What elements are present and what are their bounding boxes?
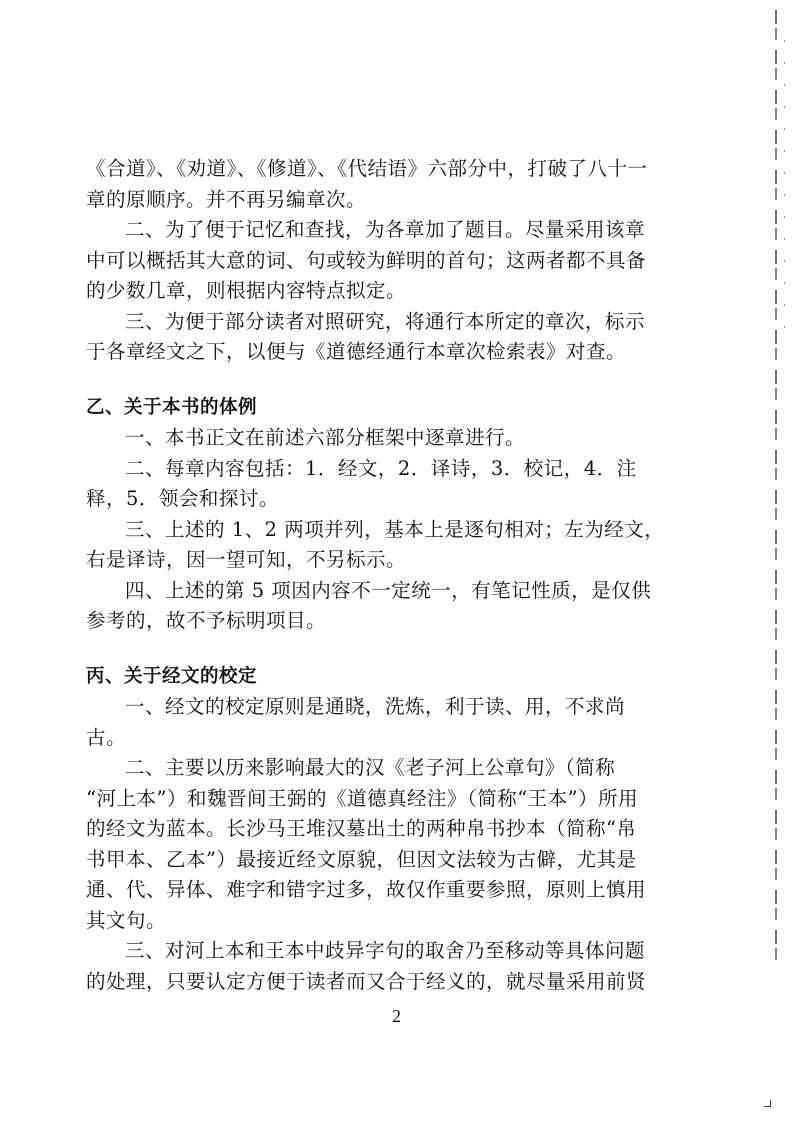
text-line: 二、为了便于记忆和查找，为各章加了题目。尽量采用该章 [86, 215, 688, 246]
text-line: 三、对河上本和王本中歧异字句的取舍乃至移动等具体问题 [86, 936, 688, 967]
paragraph: 三、为便于部分读者对照研究，将通行本所定的章次，标示 于各章经文之下，以便与《道… [86, 307, 688, 368]
paragraph: 三、上述的 1、2 两项并列，基本上是逐句相对；左为经文， 右是译诗，因一望可知… [86, 515, 688, 576]
text-line: 右是译诗，因一望可知，不另标示。 [86, 545, 688, 576]
text-line: 一、经文的校定原则是通晓，洗炼，利于读、用，不求尚 [86, 692, 688, 723]
text-line: 三、上述的 1、2 两项并列，基本上是逐句相对；左为经文， [86, 515, 688, 546]
paragraph: 四、上述的第 5 项因内容不一定统一，有笔记性质，是仅供 参考的，故不予标明项目… [86, 576, 688, 637]
paragraph: 二、为了便于记忆和查找，为各章加了题目。尽量采用该章 中可以概括其大意的词、句或… [86, 215, 688, 307]
section-heading: 乙、关于本书的体例 [86, 393, 688, 424]
text-line: 古。 [86, 723, 688, 754]
text-line: 的经文为蓝本。长沙马王堆汉墓出土的两种帛书抄本（简称“帛 [86, 814, 688, 845]
text-line: 于各章经文之下，以便与《道德经通行本章次检索表》对查。 [86, 337, 688, 368]
paragraph: 《合道》、《劝道》、《修道》、《代结语》六部分中，打破了八十一 章的原顺序。并不… [86, 154, 688, 215]
paragraph: 二、每章内容包括：1．经文，2．译诗，3．校记，4．注 释，5．领会和探讨。 [86, 454, 688, 515]
text-line: 四、上述的第 5 项因内容不一定统一，有笔记性质，是仅供 [86, 576, 688, 607]
scan-edge-artifact [784, 40, 785, 340]
text-line: 中可以概括其大意的词、句或较为鲜明的首句；这两者都不具备 [86, 246, 688, 277]
text-line: 的处理，只要认定方便于读者而又合于经义的，就尽量采用前贤 [86, 967, 688, 998]
body-text: 《合道》、《劝道》、《修道》、《代结语》六部分中，打破了八十一 章的原顺序。并不… [86, 154, 688, 997]
text-line: 一、本书正文在前述六部分框架中逐章进行。 [86, 423, 688, 454]
paragraph: 三、对河上本和王本中歧异字句的取舍乃至移动等具体问题 的处理，只要认定方便于读者… [86, 936, 688, 997]
paragraph: 二、主要以历来影响最大的汉《老子河上公章句》（简称 “河上本”）和魏晋间王弼的《… [86, 753, 688, 936]
text-line: 二、每章内容包括：1．经文，2．译诗，3．校记，4．注 [86, 454, 688, 485]
text-line: 书甲本、乙本”）最接近经文原貌，但因文法较为古僻，尤其是 [86, 845, 688, 876]
text-line: 释，5．领会和探讨。 [86, 484, 688, 515]
text-line: 参考的，故不予标明项目。 [86, 606, 688, 637]
section-heading: 丙、关于经文的校定 [86, 662, 688, 693]
text-line: “河上本”）和魏晋间王弼的《道德真经注》（简称“王本”）所用 [86, 784, 688, 815]
text-line: 章的原顺序。并不再另编章次。 [86, 185, 688, 216]
scan-corner-mark [764, 1100, 771, 1107]
text-line: 《合道》、《劝道》、《修道》、《代结语》六部分中，打破了八十一 [86, 154, 688, 185]
text-line: 的少数几章，则根据内容特点拟定。 [86, 276, 688, 307]
text-line: 三、为便于部分读者对照研究，将通行本所定的章次，标示 [86, 307, 688, 338]
document-page: 《合道》、《劝道》、《修道》、《代结语》六部分中，打破了八十一 章的原顺序。并不… [0, 0, 793, 1122]
paragraph: 一、本书正文在前述六部分框架中逐章进行。 [86, 423, 688, 454]
text-line: 其文句。 [86, 906, 688, 937]
text-line: 二、主要以历来影响最大的汉《老子河上公章句》（简称 [86, 753, 688, 784]
scan-edge-artifact [775, 10, 777, 970]
page-number: 2 [0, 1006, 793, 1027]
text-line: 通、代、异体、难字和错字过多，故仅作重要参照，原则上慎用 [86, 875, 688, 906]
paragraph: 一、经文的校定原则是通晓，洗炼，利于读、用，不求尚 古。 [86, 692, 688, 753]
